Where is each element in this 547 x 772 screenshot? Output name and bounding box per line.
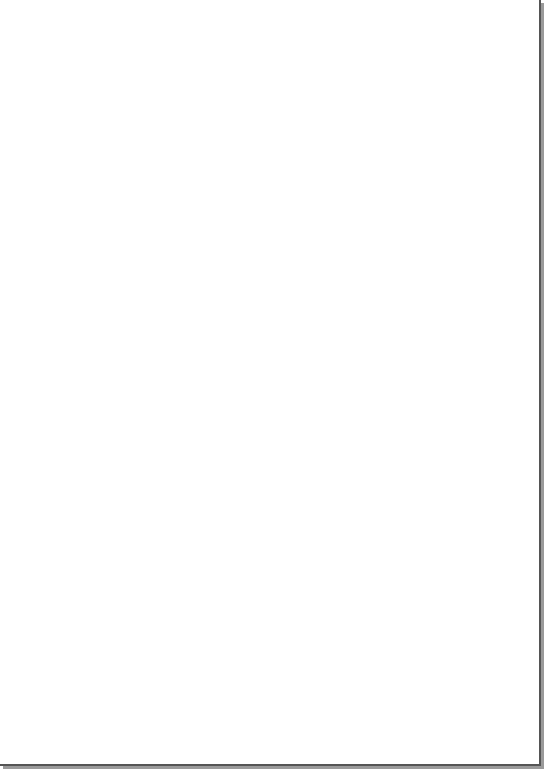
- document-page: [0, 0, 541, 766]
